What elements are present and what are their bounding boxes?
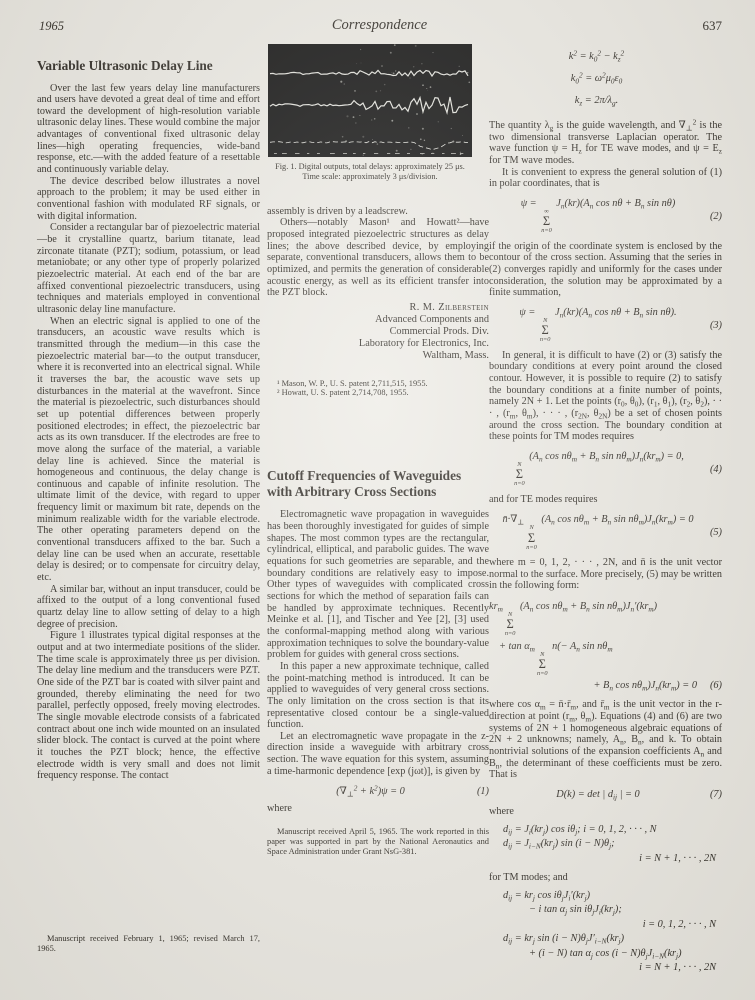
column3-paragraph: and for TE modes requires [489, 494, 722, 506]
continuation-paragraph: Others—notably Mason¹ and Howatt²—have p… [267, 217, 489, 299]
equation-1: (∇⊥2 + k2)ψ = 0 (1) [267, 785, 489, 797]
equation-number: (5) [710, 527, 722, 538]
matrix-element-range: i = 0, 1, 2, · · · , N [503, 918, 716, 933]
matrix-element-line: dij = Ji−N(krj) sin (i − N)θj; [503, 837, 722, 852]
equation-body: n̄·∇⊥NΣn=0 (An cos nθm + Bn sin nθm)Jn(k… [489, 513, 707, 551]
column3-paragraph: where cos αm = n̄·r̄m, and r̄m is the un… [489, 699, 722, 781]
equation-4: NΣn=0 (An cos nθm + Bn sin nθm)Jn(krm) =… [489, 451, 722, 488]
article2-paragraph: Let an electromagnetic wave propagate in… [267, 731, 489, 778]
article2-paragraph: In this paper a new approximate techniqu… [267, 661, 489, 731]
equation-line: + tan αmNΣn=0 n(− An sin nθm [499, 639, 722, 678]
matrix-element-range: i = N + 1, · · · , 2N [503, 961, 716, 976]
matrix-element-line: dij = krj cos iθjJi′(krj) [503, 889, 722, 904]
column-right: k2 = k02 − kz2 k02 = ω2μ0ε0 kz = 2π/λg. … [489, 46, 722, 996]
oscilloscope-photo [268, 44, 472, 157]
equation-body: D(k) = det | dij | = 0 [489, 789, 707, 800]
matrix-element-line: − i tan αj sin iθjJi(krj); [529, 903, 722, 918]
equation-2: ψ = ∞Σn=0 Jn(kr)(An cos nθ + Bn sin nθ) … [489, 198, 722, 235]
author-affiliation: Commercial Prods. Div. [267, 326, 489, 338]
equation-number: (3) [710, 320, 722, 331]
page-header: 1965 Correspondence 637 [37, 17, 722, 37]
equation-line: + Bn cos nθm)Jn(krm) = 0 (6) [489, 678, 722, 693]
article1-paragraph: A similar bar, without an input transduc… [37, 584, 260, 631]
equation-5: n̄·∇⊥NΣn=0 (An cos nθm + Bn sin nθm)Jn(k… [489, 513, 722, 551]
signature-block: R. M. Zilberstein Advanced Components an… [267, 302, 489, 362]
equation-6: krmNΣn=0 (An cos nθm + Bn sin nθm)Jn′(kr… [489, 599, 722, 693]
article1-paragraph: Over the last few years delay line manuf… [37, 83, 260, 176]
author-affiliation: Laboratory for Electronics, Inc. [267, 338, 489, 350]
equation-body: ψ = NΣn=0 Jn(kr)(An cos nθ + Bn sin nθ). [489, 307, 707, 344]
matrix-element-line: dij = Ji(krj) cos iθj; i = 0, 1, 2, · · … [503, 823, 722, 838]
figure-caption: Fig. 1. Digital outputs, total delays: a… [274, 162, 466, 182]
reference-footnotes: ¹ Mason, W. P., U. S. patent 2,711,515, … [267, 379, 489, 399]
reference-footnote: ¹ Mason, W. P., U. S. patent 2,711,515, … [267, 379, 489, 389]
equation-number: (4) [710, 464, 722, 475]
reference-footnote: ² Howatt, U. S. patent 2,714,708, 1955. [267, 388, 489, 398]
author-location: Waltham, Mass. [267, 350, 489, 362]
author-name: R. M. Zilberstein [267, 302, 489, 314]
tm-matrix-elements: dij = Ji(krj) cos iθj; i = 0, 1, 2, · · … [503, 823, 722, 867]
matrix-element-range: i = N + 1, · · · , 2N [503, 852, 716, 867]
column3-paragraph: It is convenient to express the general … [489, 167, 722, 190]
equation-body: + Bn cos nθm)Jn(krm) = 0 [489, 678, 697, 693]
column3-paragraph: if the origin of the coordinate system i… [489, 241, 722, 299]
header-page-number: 637 [703, 18, 723, 34]
equation-body: ψ = ∞Σn=0 Jn(kr)(An cos nθ + Bn sin nθ) [489, 198, 707, 235]
where-label: where [489, 806, 722, 818]
figure-1: Fig. 1. Digital outputs, total delays: a… [268, 44, 472, 182]
equation-number: (1) [477, 786, 489, 797]
equation-number: (7) [710, 789, 722, 800]
column-middle: Fig. 1. Digital outputs, total delays: a… [267, 44, 489, 994]
article1-paragraph: Figure 1 illustrates typical digital res… [37, 630, 260, 782]
wavenumber-definitions: k2 = k02 − kz2 k02 = ω2μ0ε0 kz = 2π/λg. [489, 46, 704, 112]
equation-3: ψ = NΣn=0 Jn(kr)(An cos nθ + Bn sin nθ).… [489, 307, 722, 344]
article1-title: Variable Ultrasonic Delay Line [37, 58, 260, 74]
journal-page: 1965 Correspondence 637 Variable Ultraso… [0, 0, 755, 1000]
equation-number: (6) [710, 678, 722, 693]
article1-paragraph: Consider a rectangular bar of piezoelect… [37, 222, 260, 315]
article1-paragraph: The device described below illustrates a… [37, 176, 260, 223]
equation-number: (2) [710, 211, 722, 222]
article2-title: Cutoff Frequencies of Waveguides with Ar… [267, 468, 489, 499]
column3-paragraph: for TM modes; and [489, 872, 722, 884]
continuation-paragraph: assembly is driven by a leadscrew. [267, 206, 489, 218]
definition-line: k02 = ω2μ0ε0 [489, 68, 704, 90]
author-affiliation: Advanced Components and [267, 314, 489, 326]
article1-paragraph: When an electric signal is applied to on… [37, 316, 260, 584]
where-label: where [267, 803, 489, 815]
equation-body: NΣn=0 (An cos nθm + Bn sin nθm)Jn(krm) =… [489, 451, 707, 488]
matrix-element-line: + (i − N) tan αj cos (i − N)θjJi−N(krj) [529, 947, 722, 962]
equation-line: krmNΣn=0 (An cos nθm + Bn sin nθm)Jn′(kr… [489, 599, 722, 638]
te-matrix-elements: dij = krj cos iθjJi′(krj) − i tan αj sin… [503, 889, 722, 976]
column3-paragraph: where m = 0, 1, 2, · · · , 2N, and n̄ is… [489, 557, 722, 592]
article2-manuscript-footnote: Manuscript received April 5, 1965. The w… [267, 827, 489, 857]
equation-7: D(k) = det | dij | = 0 (7) [489, 789, 722, 800]
equation-body: (∇⊥2 + k2)ψ = 0 [267, 785, 474, 797]
column3-paragraph: In general, it is difficult to have (2) … [489, 350, 722, 443]
matrix-element-line: dij = krj sin (i − N)θjJ′i−N(krj) [503, 932, 722, 947]
header-journal-title: Correspondence [37, 17, 722, 34]
article1-manuscript-footnote: Manuscript received February 1, 1965; re… [37, 934, 260, 954]
definition-line: kz = 2π/λg. [489, 90, 704, 112]
column-left: Variable Ultrasonic Delay Line Over the … [37, 58, 260, 988]
column3-paragraph: The quantity λg is the guide wavelength,… [489, 120, 722, 167]
article2-paragraph: Electromagnetic wave propagation in wave… [267, 509, 489, 661]
definition-line: k2 = k02 − kz2 [489, 46, 704, 68]
